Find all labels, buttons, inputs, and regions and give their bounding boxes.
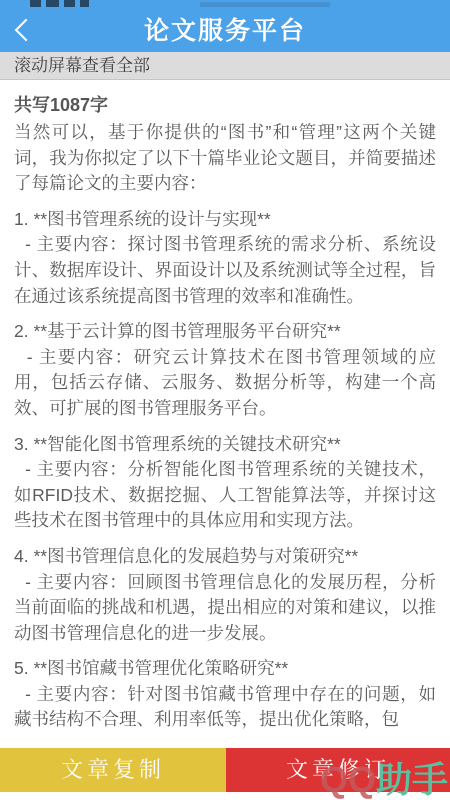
word-count: 共写1087字 <box>14 92 436 118</box>
thesis-item-desc: - 主要内容：研究云计算技术在图书管理领域的应用，包括云存储、云服务、数据分析等… <box>14 345 436 422</box>
thesis-item-title: 1. **图书管理系统的设计与实现** <box>14 207 436 233</box>
thesis-item-2: 2. **基于云计算的图书管理服务平台研究** - 主要内容：研究云计算技术在图… <box>14 319 436 421</box>
thesis-item-desc: - 主要内容：探讨图书管理系统的需求分析、系统设计、数据库设计、界面设计以及系统… <box>14 232 436 309</box>
thesis-item-title: 5. **图书馆藏书管理优化策略研究** <box>14 656 436 682</box>
article-intro: 当然可以，基于你提供的“图书”和“管理”这两个关键词，我为你拟定了以下十篇毕业论… <box>14 120 436 197</box>
thesis-item-1: 1. **图书管理系统的设计与实现** - 主要内容：探讨图书管理系统的需求分析… <box>14 207 436 309</box>
thesis-item-desc: - 主要内容：分析智能化图书管理系统的关键技术，如RFID技术、数据挖掘、人工智… <box>14 457 436 534</box>
thesis-item-4: 4. **图书管理信息化的发展趋势与对策研究** - 主要内容：回顾图书管理信息… <box>14 544 436 646</box>
statusbar-remnant <box>0 0 450 8</box>
edit-article-button[interactable]: 文章修订 <box>226 748 450 792</box>
copy-article-button[interactable]: 文章复制 <box>0 748 226 792</box>
app-header: 论文服务平台 <box>0 0 450 52</box>
thesis-item-3: 3. **智能化图书管理系统的关键技术研究** - 主要内容：分析智能化图书管理… <box>14 432 436 534</box>
thesis-item-5: 5. **图书馆藏书管理优化策略研究** - 主要内容：针对图书馆藏书管理中存在… <box>14 656 436 733</box>
thesis-item-title: 3. **智能化图书管理系统的关键技术研究** <box>14 432 436 458</box>
page-title: 论文服务平台 <box>0 10 450 52</box>
scroll-notice-text: 滚动屏幕查看全部 <box>14 52 150 80</box>
thesis-item-title: 2. **基于云计算的图书管理服务平台研究** <box>14 319 436 345</box>
thesis-item-desc: - 主要内容：针对图书馆藏书管理中存在的问题，如藏书结构不合理、利用率低等，提出… <box>14 682 436 733</box>
scroll-notice-bar: 滚动屏幕查看全部 <box>0 52 450 80</box>
footer-action-bar: 文章复制 文章修订 <box>0 748 450 792</box>
thesis-item-desc: - 主要内容：回顾图书管理信息化的发展历程，分析当前面临的挑战和机遇，提出相应的… <box>14 570 436 647</box>
article-content[interactable]: 共写1087字 当然可以，基于你提供的“图书”和“管理”这两个关键词，我为你拟定… <box>0 81 450 800</box>
thesis-item-title: 4. **图书管理信息化的发展趋势与对策研究** <box>14 544 436 570</box>
